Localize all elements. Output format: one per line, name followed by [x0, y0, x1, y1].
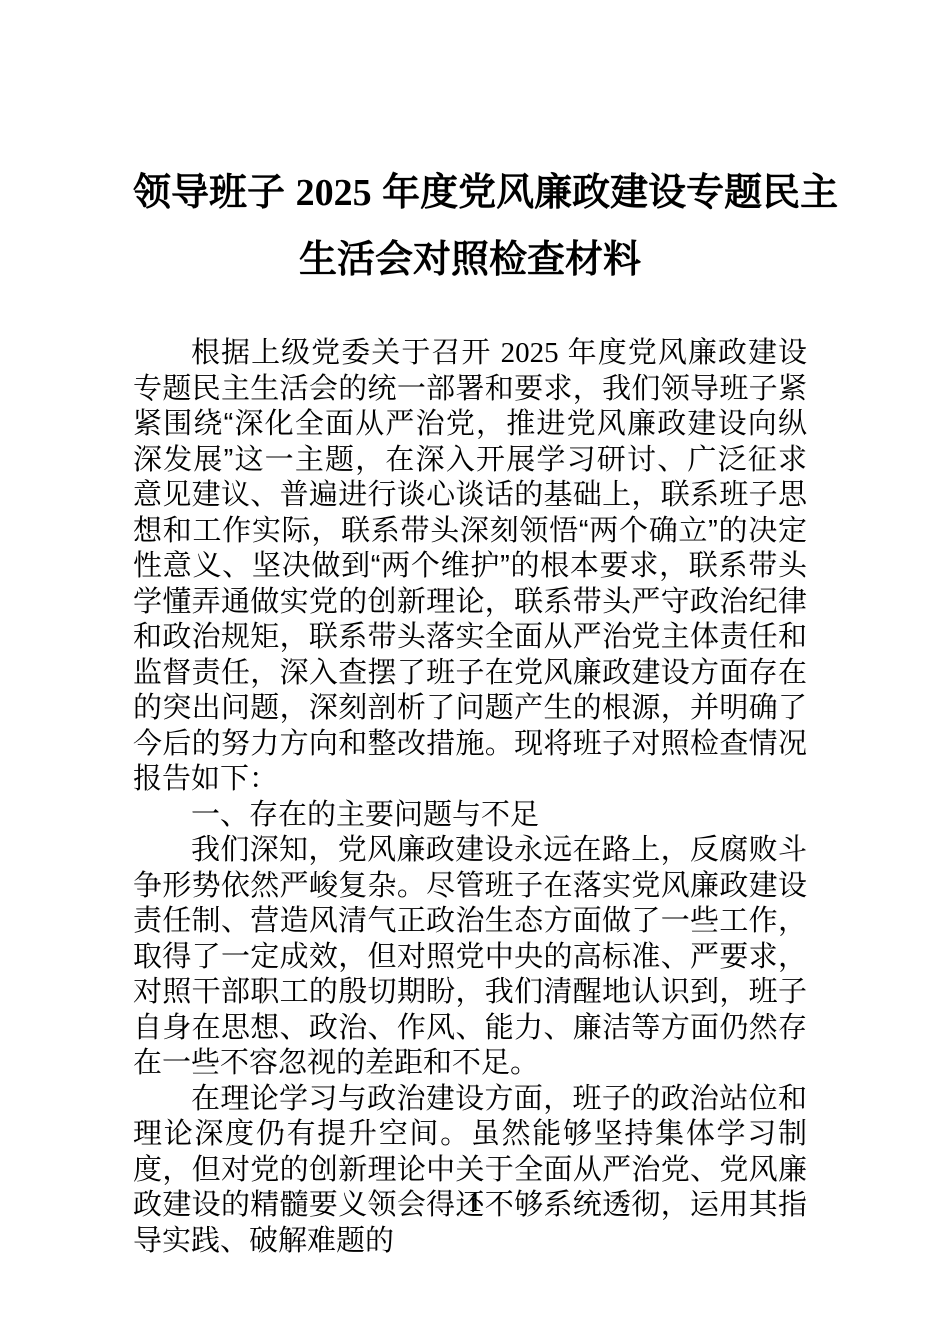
- document-page: 领导班子 2025 年度党风廉政建设专题民主 生活会对照检查材料 根据上级党委关…: [0, 0, 950, 1344]
- section-heading-1: 一、存在的主要问题与不足: [133, 798, 807, 834]
- page-footer: 1: [0, 1186, 950, 1220]
- page-number: 1: [468, 1187, 482, 1218]
- paragraph-intro: 根据上级党委关于召开 2025 年度党风廉政建设专题民主生活会的统一部署和要求，…: [133, 336, 807, 798]
- paragraph-problems-overview: 我们深知，党风廉政建设永远在路上，反腐败斗争形势依然严峻复杂。尽管班子在落实党风…: [133, 833, 807, 1082]
- document-body: 根据上级党委关于召开 2025 年度党风廉政建设专题民主生活会的统一部署和要求，…: [133, 336, 807, 1259]
- document-title-line-2: 生活会对照检查材料: [133, 227, 807, 294]
- document-title-line-1: 领导班子 2025 年度党风廉政建设专题民主: [133, 160, 807, 227]
- document-title: 领导班子 2025 年度党风廉政建设专题民主 生活会对照检查材料: [133, 160, 807, 294]
- paragraph-theory-study: 在理论学习与政治建设方面，班子的政治站位和理论深度仍有提升空间。虽然能够坚持集体…: [133, 1082, 807, 1260]
